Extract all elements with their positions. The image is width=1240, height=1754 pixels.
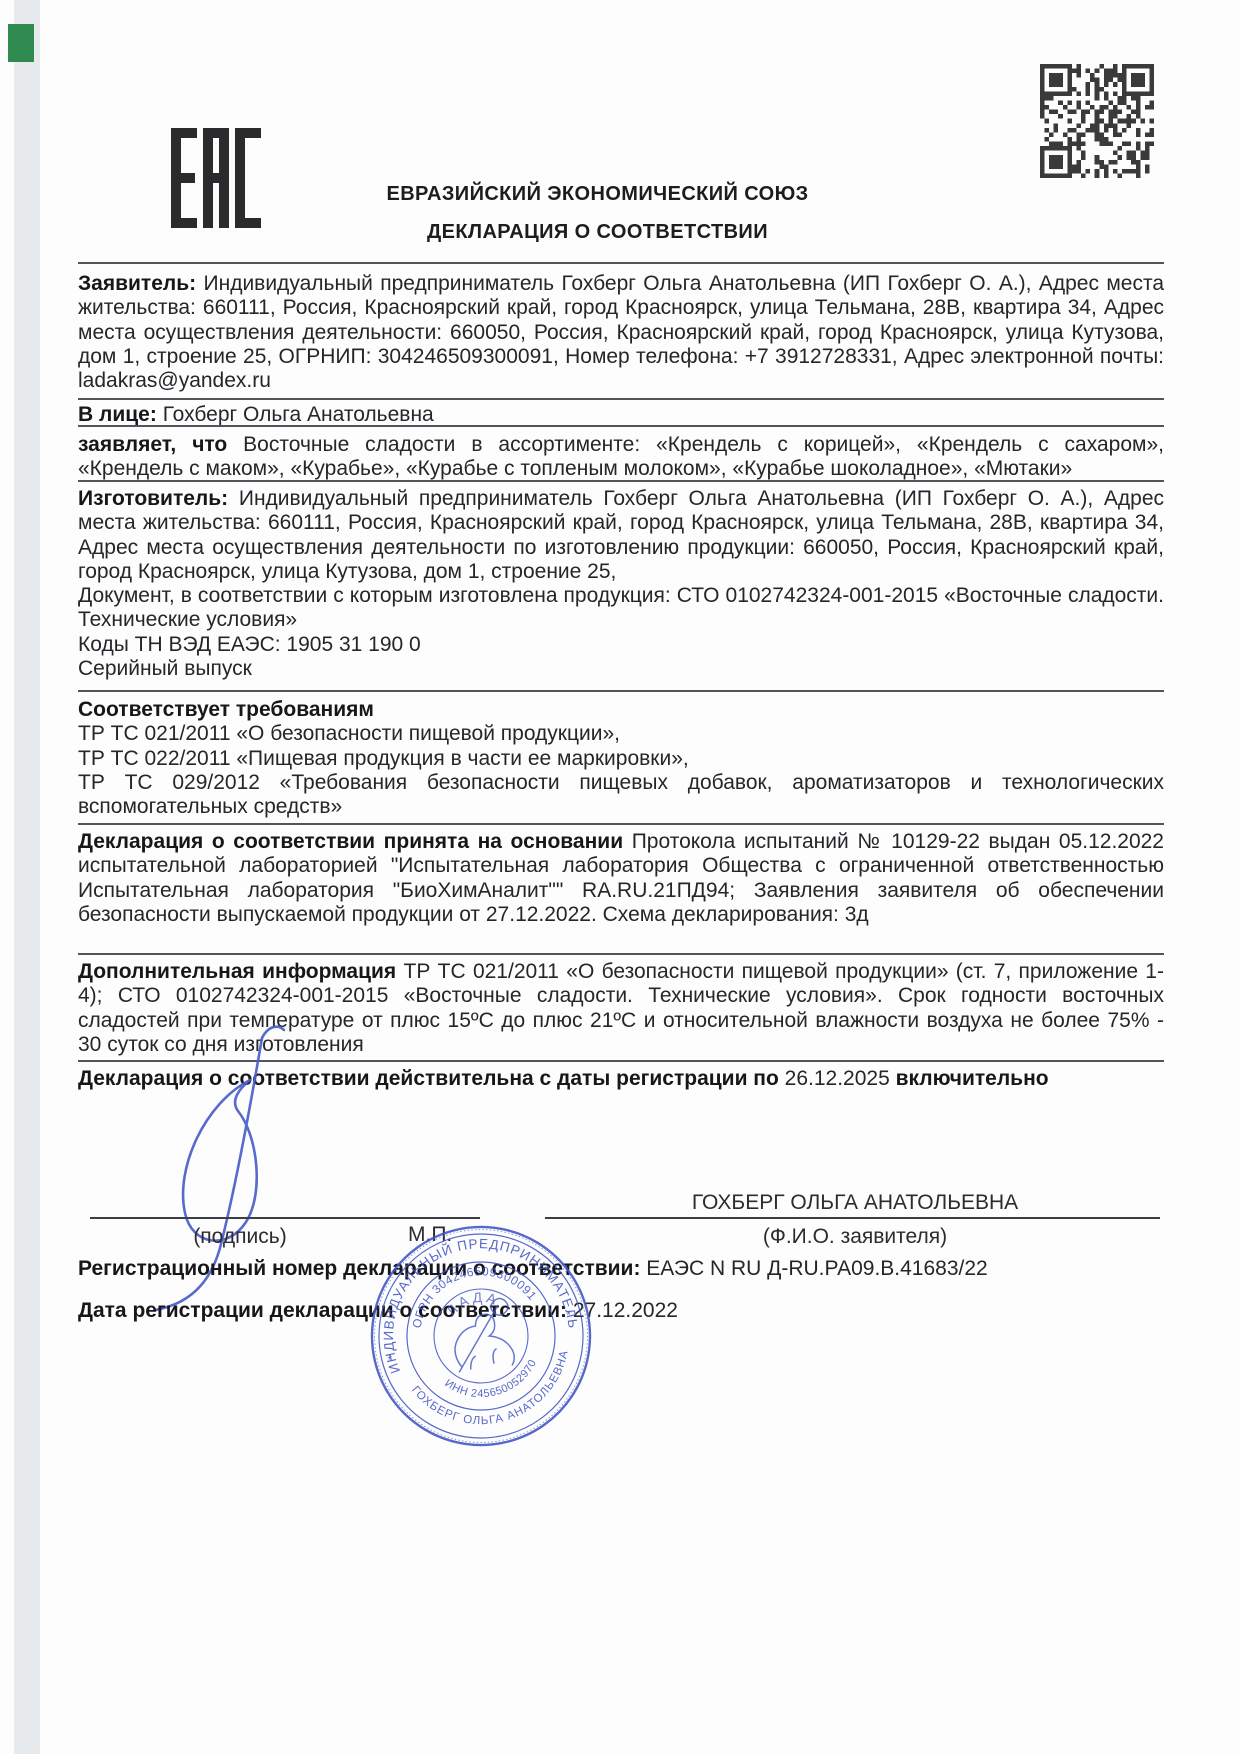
- in-person-paragraph: В лице: Гохберг Ольга Анатольевна: [78, 400, 1164, 427]
- scanned-declaration-page: ЕВРАЗИЙСКИЙ ЭКОНОМИЧЕСКИЙ СОЮЗ ДЕКЛАРАЦИ…: [0, 0, 1240, 1754]
- tr-ts-021-line: ТР ТС 021/2011 «О безопасности пищевой п…: [78, 722, 1164, 746]
- manufacturer-paragraph: Изготовитель: Индивидуальный предпринима…: [78, 482, 1164, 584]
- name-line: [545, 1217, 1160, 1219]
- conforms-label: Соответствует требованиям: [78, 692, 1164, 722]
- scanner-edge-strip: [14, 0, 40, 1754]
- stamp-center-text: ЛАДА: [440, 1283, 504, 1321]
- applicant-paragraph: Заявитель: Индивидуальный предпринимател…: [78, 264, 1164, 393]
- qr-code: [1040, 64, 1154, 178]
- tr-ts-029-line: ТР ТС 029/2012 «Требования безопасности …: [78, 771, 1164, 820]
- name-caption: (Ф.И.О. заявителя): [545, 1225, 1165, 1249]
- applicant-section: Заявитель: Индивидуальный предпринимател…: [78, 262, 1164, 393]
- applicant-name: ГОХБЕРГ ОЛЬГА АНАТОЛЬЕВНА: [545, 1191, 1165, 1215]
- registration-number-value: ЕАЭС N RU Д-RU.РА09.В.41683/22: [646, 1257, 987, 1280]
- manufacturer-doc-line: Документ, в соответствии с которым изгот…: [78, 584, 1164, 633]
- manufacturer-section: Изготовитель: Индивидуальный предпринима…: [78, 480, 1164, 681]
- validity-suffix: включительно: [896, 1067, 1049, 1090]
- additional-label: Дополнительная информация: [78, 960, 396, 983]
- validity-date: 26.12.2025: [785, 1067, 890, 1090]
- tr-ts-022-line: ТР ТС 022/2011 «Пищевая продукция в част…: [78, 747, 1164, 771]
- basis-paragraph: Декларация о соответствии принята на осн…: [78, 825, 1164, 927]
- applicant-label: Заявитель:: [78, 272, 196, 295]
- conformity-requirements-section: Соответствует требованиям ТР ТС 021/2011…: [78, 690, 1164, 819]
- serial-issue-line: Серийный выпуск: [78, 657, 1164, 681]
- applicant-text: Индивидуальный предприниматель Гохберг О…: [78, 272, 1164, 392]
- declares-label: заявляет, что: [78, 433, 227, 456]
- green-corner-mark: [8, 24, 34, 62]
- manufacturer-label: Изготовитель:: [78, 487, 228, 510]
- in-person-text: Гохберг Ольга Анатольевна: [163, 403, 434, 426]
- in-person-label: В лице:: [78, 403, 157, 426]
- declares-paragraph: заявляет, что Восточные сладости в ассор…: [78, 427, 1164, 482]
- signature-line: [90, 1217, 480, 1219]
- basis-label: Декларация о соответствии принята на осн…: [78, 830, 623, 853]
- document-title: ДЕКЛАРАЦИЯ О СООТВЕТСТВИИ: [80, 221, 1115, 244]
- declares-text: Восточные сладости в ассортименте: «Крен…: [78, 433, 1164, 480]
- document-header: ЕВРАЗИЙСКИЙ ЭКОНОМИЧЕСКИЙ СОЮЗ ДЕКЛАРАЦИ…: [80, 183, 1115, 253]
- union-title: ЕВРАЗИЙСКИЙ ЭКОНОМИЧЕСКИЙ СОЮЗ: [80, 183, 1115, 206]
- tnved-codes-line: Коды ТН ВЭД ЕАЭС: 1905 31 190 0: [78, 633, 1164, 657]
- manufacturer-text: Индивидуальный предприниматель Гохберг О…: [78, 487, 1164, 583]
- in-person-section: В лице: Гохберг Ольга Анатольевна: [78, 398, 1164, 427]
- declares-section: заявляет, что Восточные сладости в ассор…: [78, 425, 1164, 482]
- basis-section: Декларация о соответствии принята на осн…: [78, 823, 1164, 927]
- signature-caption: (подпись): [105, 1225, 375, 1249]
